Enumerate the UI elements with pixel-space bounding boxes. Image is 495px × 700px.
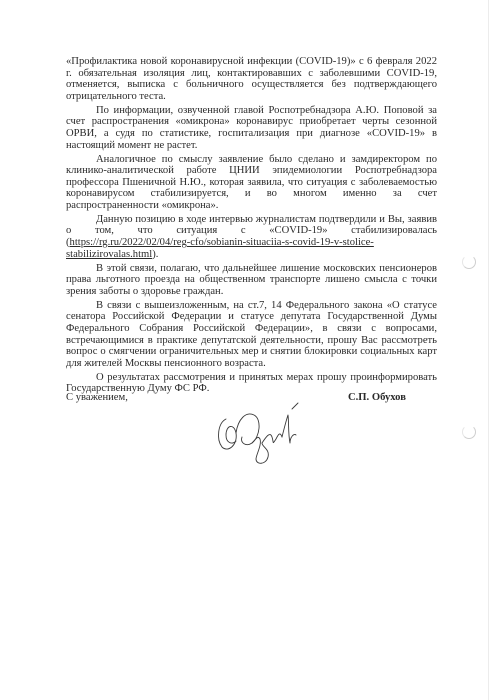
paragraph-text-after-link: ). xyxy=(152,249,158,260)
source-link[interactable]: https://rg.ru/2022/02/04/reg-cfo/sobiani… xyxy=(66,237,374,260)
letter-body: «Профилактика новой коронавирусной инфек… xyxy=(66,56,437,397)
paragraph-interview-position: Данную позицию в ходе интервью журналист… xyxy=(66,214,437,260)
paragraph-rospotrebnadzor-info: По информации, озвученной главой Роспотр… xyxy=(66,105,437,151)
handwritten-signature xyxy=(212,393,306,465)
signer-name: С.П. Обухов xyxy=(348,392,406,404)
paragraph-covid-isolation: «Профилактика новой коронавирусной инфек… xyxy=(66,56,437,102)
punch-hole-mark xyxy=(462,255,476,269)
paragraph-deputy-director-statement: Аналогичное по смыслу заявление было сде… xyxy=(66,154,437,212)
closing-greeting: С уважением, xyxy=(66,392,128,404)
paragraph-pensioners-transport: В этой связи, полагаю, что дальнейшее ли… xyxy=(66,263,437,298)
punch-hole-mark xyxy=(462,425,476,439)
page-edge-line xyxy=(488,0,489,700)
paragraph-request: В связи с вышеизложенным, на ст.7, 14 Фе… xyxy=(66,300,437,370)
